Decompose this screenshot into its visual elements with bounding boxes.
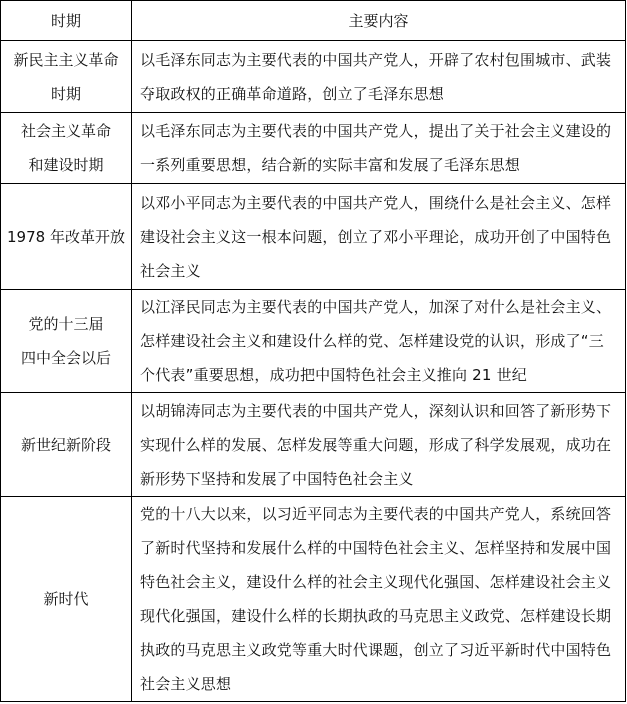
table-row: 党的十三届 四中全会以后 以江泽民同志为主要代表的中国共产党人，加深了对什么是社…	[1, 290, 626, 393]
header-period: 时期	[1, 1, 132, 41]
content-cell: 以胡锦涛同志为主要代表的中国共产党人，深刻认识和回答了新形势下实现什么样的发展、…	[132, 393, 626, 497]
table-header-row: 时期 主要内容	[1, 1, 626, 41]
period-cell: 1978 年改革开放	[1, 184, 132, 290]
content-cell: 以江泽民同志为主要代表的中国共产党人，加深了对什么是社会主义、怎样建设社会主义和…	[132, 290, 626, 393]
content-cell: 党的十八大以来，以习近平同志为主要代表的中国共产党人，系统回答了新时代坚持和发展…	[132, 497, 626, 702]
header-content: 主要内容	[132, 1, 626, 41]
period-line: 1978 年改革开放	[7, 228, 125, 246]
period-line: 时期	[51, 85, 81, 103]
period-line: 和建设时期	[28, 156, 103, 174]
content-cell: 以毛泽东同志为主要代表的中国共产党人，提出了关于社会主义建设的一系列重要思想，结…	[132, 113, 626, 184]
table-row: 1978 年改革开放 以邓小平同志为主要代表的中国共产党人，围绕什么是社会主义、…	[1, 184, 626, 290]
period-cell: 新时代	[1, 497, 132, 702]
period-line: 党的十三届	[28, 315, 103, 333]
period-cell: 党的十三届 四中全会以后	[1, 290, 132, 393]
table-row: 社会主义革命 和建设时期 以毛泽东同志为主要代表的中国共产党人，提出了关于社会主…	[1, 113, 626, 184]
period-line: 新时代	[43, 590, 88, 608]
period-cell: 新民主主义革命 时期	[1, 41, 132, 113]
history-periods-table: 时期 主要内容 新民主主义革命 时期 以毛泽东同志为主要代表的中国共产党人，开辟…	[0, 0, 626, 702]
period-cell: 社会主义革命 和建设时期	[1, 113, 132, 184]
period-line: 新世纪新阶段	[21, 436, 111, 454]
period-line: 新民主主义革命	[13, 51, 118, 69]
table-row: 新民主主义革命 时期 以毛泽东同志为主要代表的中国共产党人，开辟了农村包围城市、…	[1, 41, 626, 113]
period-cell: 新世纪新阶段	[1, 393, 132, 497]
table-row: 新世纪新阶段 以胡锦涛同志为主要代表的中国共产党人，深刻认识和回答了新形势下实现…	[1, 393, 626, 497]
period-line: 社会主义革命	[21, 122, 111, 140]
content-cell: 以邓小平同志为主要代表的中国共产党人，围绕什么是社会主义、怎样建设社会主义这一根…	[132, 184, 626, 290]
table-row: 新时代 党的十八大以来，以习近平同志为主要代表的中国共产党人，系统回答了新时代坚…	[1, 497, 626, 702]
content-cell: 以毛泽东同志为主要代表的中国共产党人，开辟了农村包围城市、武装夺取政权的正确革命…	[132, 41, 626, 113]
period-line: 四中全会以后	[21, 349, 111, 367]
